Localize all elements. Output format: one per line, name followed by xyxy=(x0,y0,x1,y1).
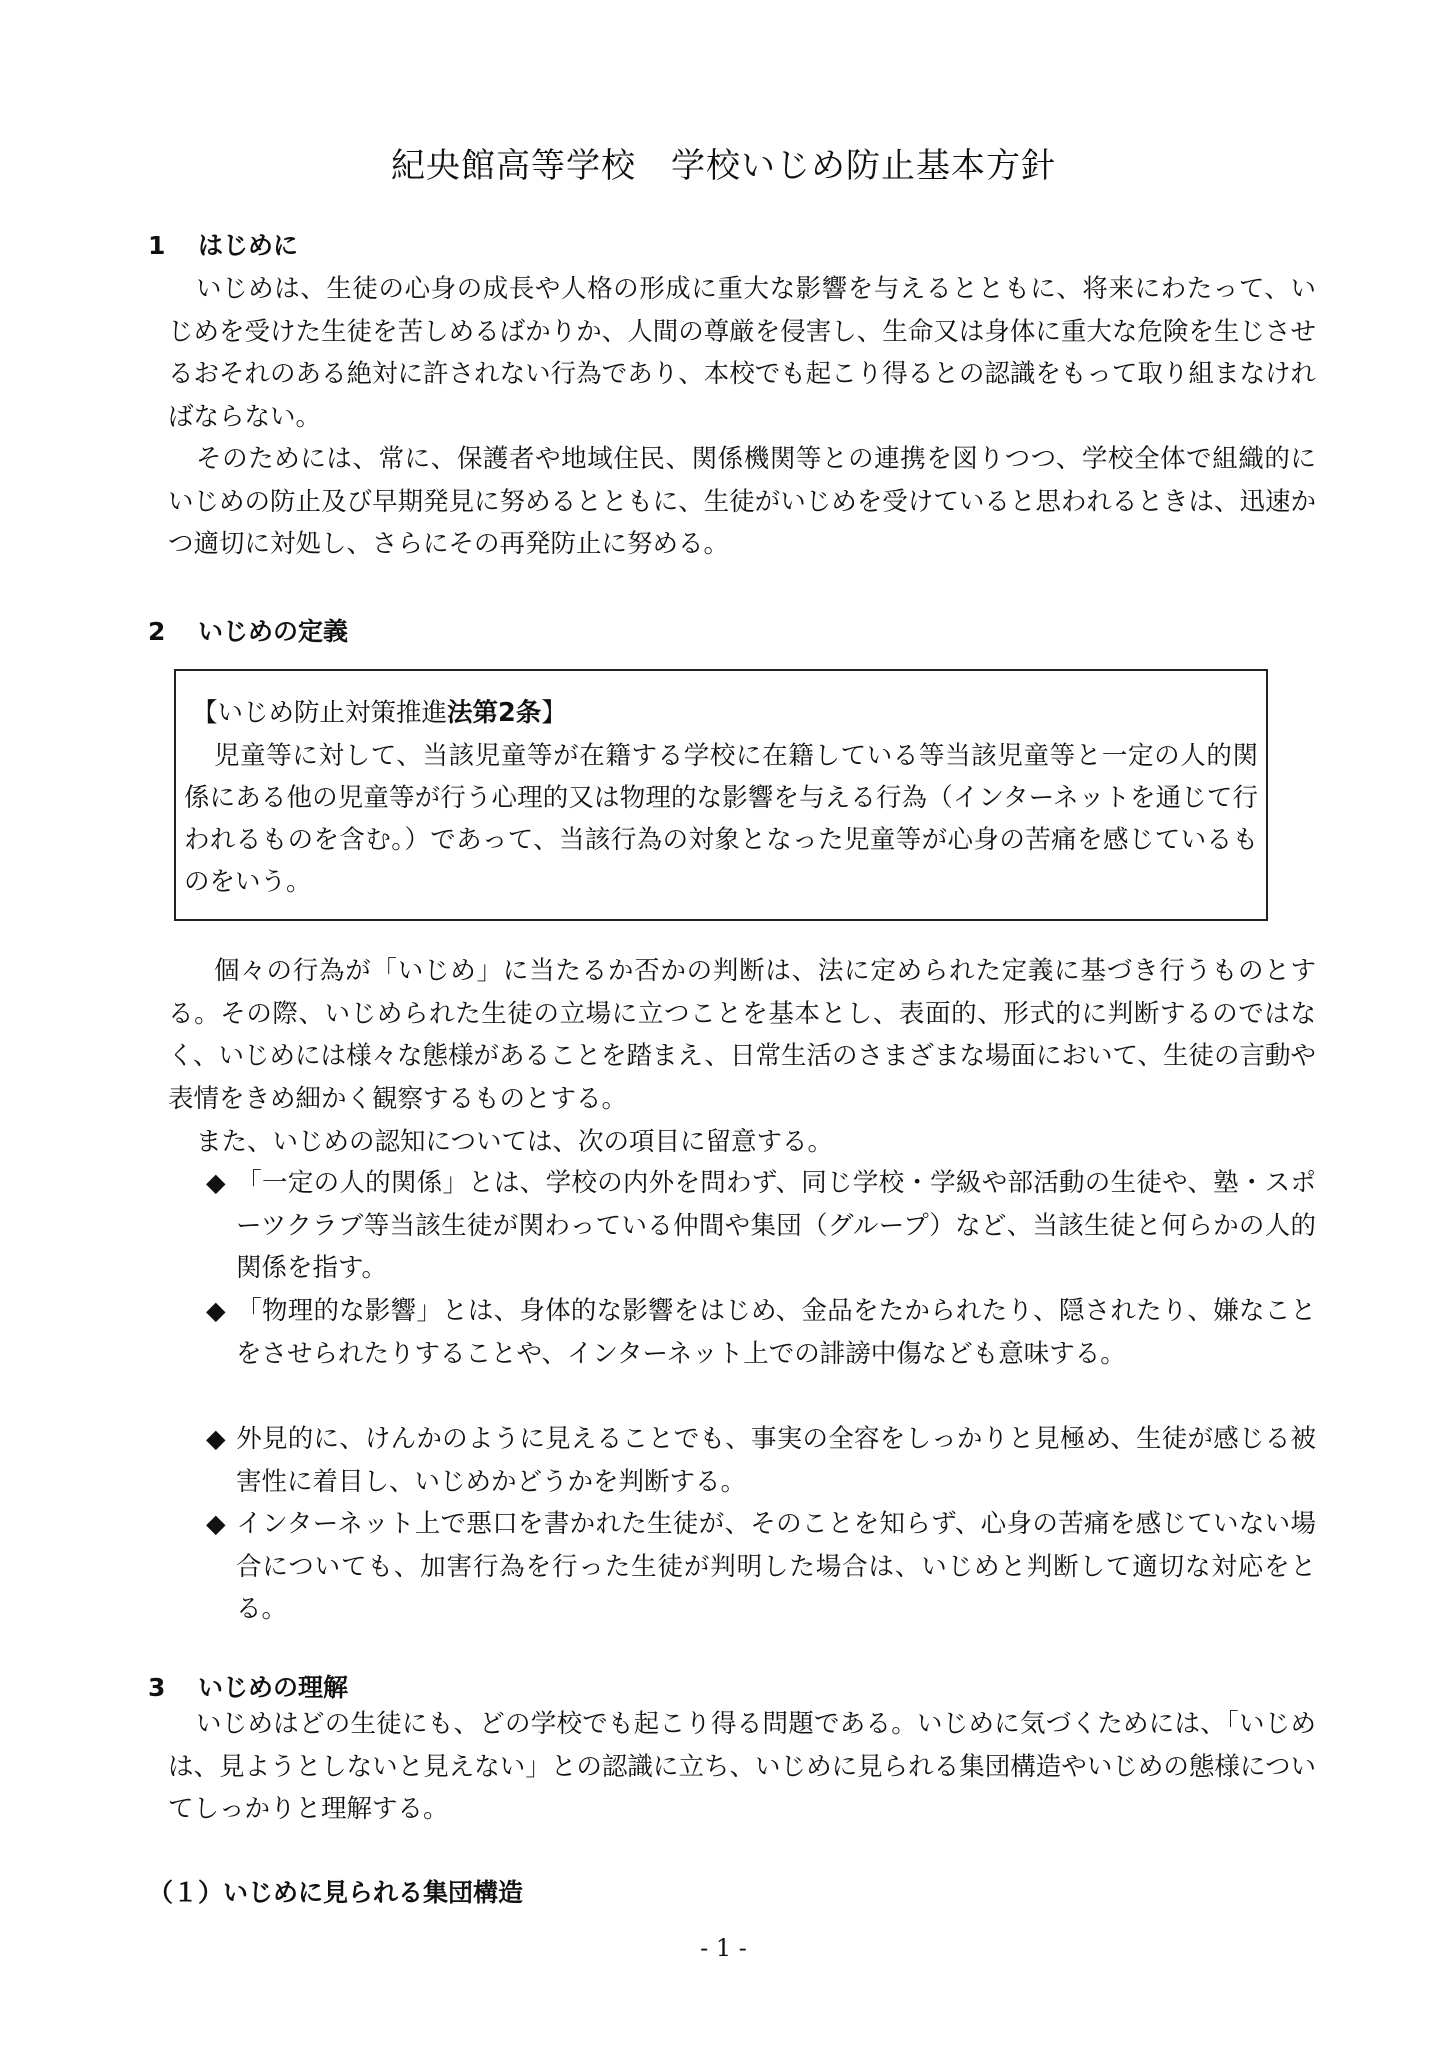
law-title-bold: 法第2条 xyxy=(447,698,541,728)
law-quote-box: 【いじめ防止対策推進法第2条】 児童等に対して、当該児童等が在籍する学校に在籍し… xyxy=(174,669,1268,921)
section-title: いじめの定義 xyxy=(198,617,348,646)
document-title: 紀央館高等学校 学校いじめ防止基本方針 xyxy=(0,138,1447,187)
paragraph: いじめは、生徒の心身の成長や人格の形成に重大な影響を与えるとともに、将来にわたっ… xyxy=(168,268,1316,438)
subsection-heading: （１）いじめに見られる集団構造 xyxy=(148,1873,523,1909)
paragraph: そのためには、常に、保護者や地域住民、関係機関等との連携を図りつつ、学校全体で組… xyxy=(168,438,1316,566)
page-number: - 1 - xyxy=(0,1934,1447,1962)
law-reference-title: 【いじめ防止対策推進法第2条】 xyxy=(192,693,567,729)
law-title-close: 】 xyxy=(541,698,567,728)
section-number: 2 xyxy=(148,617,198,646)
bullet-text: 「一定の人的関係」とは、学校の内外を問わず、同じ学校・学級や部活動の生徒や、塾・… xyxy=(236,1168,1316,1283)
diamond-bullet-icon: ◆ xyxy=(206,1418,236,1461)
bullet-item: ◆「一定の人的関係」とは、学校の内外を問わず、同じ学校・学級や部活動の生徒や、塾… xyxy=(206,1162,1316,1290)
diamond-bullet-icon: ◆ xyxy=(206,1162,236,1205)
bullet-item: ◆インターネット上で悪口を書かれた生徒が、そのことを知らず、心身の苦痛を感じてい… xyxy=(206,1503,1316,1631)
bullet-text: 「物理的な影響」とは、身体的な影響をはじめ、金品をたかられたり、隠されたり、嫌な… xyxy=(236,1296,1316,1369)
bullet-item: ◆外見的に、けんかのように見えることでも、事実の全容をしっかりと見極め、生徒が感… xyxy=(206,1418,1316,1503)
law-title-plain: 【いじめ防止対策推進 xyxy=(192,698,447,728)
section-title: はじめに xyxy=(198,231,298,260)
section-number: 3 xyxy=(148,1673,198,1702)
section-number: 1 xyxy=(148,231,198,260)
section-title: いじめの理解 xyxy=(198,1673,348,1702)
bullet-item: ◆「物理的な影響」とは、身体的な影響をはじめ、金品をたかられたり、隠されたり、嫌… xyxy=(206,1290,1316,1375)
law-text: 児童等に対して、当該児童等が在籍する学校に在籍している等当該児童等と一定の人的関… xyxy=(184,735,1258,903)
section-heading-1: 1はじめに xyxy=(148,226,298,262)
bullet-text: 外見的に、けんかのように見えることでも、事実の全容をしっかりと見極め、生徒が感じ… xyxy=(236,1424,1316,1497)
diamond-bullet-icon: ◆ xyxy=(206,1290,236,1333)
paragraph: いじめはどの生徒にも、どの学校でも起こり得る問題である。いじめに気づくためには、… xyxy=(168,1703,1316,1831)
paragraph: 個々の行為が「いじめ」に当たるか否かの判断は、法に定められた定義に基づき行うもの… xyxy=(168,950,1316,1120)
section-heading-2: 2いじめの定義 xyxy=(148,612,348,648)
diamond-bullet-icon: ◆ xyxy=(206,1503,236,1546)
bullet-text: インターネット上で悪口を書かれた生徒が、そのことを知らず、心身の苦痛を感じていな… xyxy=(236,1509,1316,1624)
section-heading-3: 3いじめの理解 xyxy=(148,1668,348,1704)
bullet-intro: また、いじめの認知については、次の項目に留意する。 xyxy=(196,1122,833,1158)
